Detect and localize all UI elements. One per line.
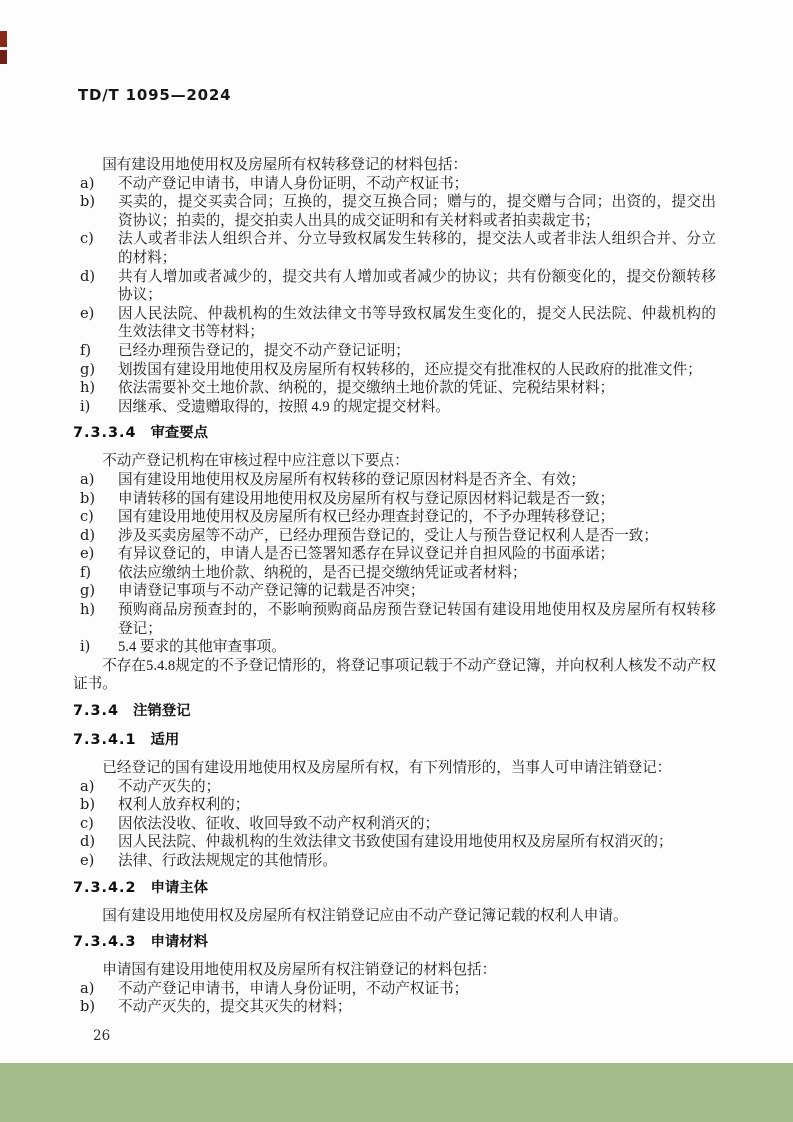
- list-marker: b): [80, 796, 95, 815]
- list-item: a)不动产灭失的；: [73, 778, 716, 797]
- list-item-text: 因人民法院、仲裁机构的生效法律文书等导致权属发生变化的，提交人民法院、仲裁机构的…: [118, 306, 716, 341]
- lettered-list: a)不动产登记申请书，申请人身份证明，不动产权证书；b)不动产灭失的，提交其灭失…: [73, 980, 716, 1017]
- list-marker: g): [80, 582, 95, 601]
- list-item: b)不动产灭失的，提交其灭失的材料；: [73, 998, 716, 1017]
- list-item-text: 因人民法院、仲裁机构的生效法律文书致使国有建设用地使用权及房屋所有权消灭的；: [118, 834, 673, 850]
- list-item: b)买卖的，提交买卖合同；互换的，提交互换合同；赠与的，提交赠与合同；出资的，提…: [73, 193, 716, 230]
- list-marker: d): [80, 833, 95, 852]
- list-item-text: 不动产灭失的，提交其灭失的材料；: [118, 999, 352, 1015]
- section-heading: 7.3.4.1适用: [73, 730, 716, 750]
- list-item-text: 涉及买卖房屋等不动产，已经办理预告登记的，受让人与预告登记权利人是否一致；: [118, 528, 658, 544]
- edge-mark-bottom: [0, 50, 7, 64]
- list-marker: b): [80, 193, 95, 212]
- paragraph: 不存在5.4.8规定的不予登记情形的，将登记事项记载于不动产登记簿，并向权利人核…: [73, 657, 716, 694]
- standard-code-header: TD/T 1095—2024: [78, 86, 231, 104]
- list-item: g)申请登记事项与不动产登记簿的记载是否冲突；: [73, 582, 716, 601]
- section-heading: 7.3.4.3申请材料: [73, 932, 716, 952]
- list-marker: h): [80, 601, 95, 620]
- list-marker: i): [80, 398, 90, 417]
- list-item: f)依法应缴纳土地价款、纳税的，是否已提交缴纳凭证或者材料；: [73, 564, 716, 583]
- list-marker: e): [80, 545, 94, 564]
- list-item: g)划拨国有建设用地使用权及房屋所有权转移的，还应提交有批准权的人民政府的批准文…: [73, 361, 716, 380]
- paragraph: 国有建设用地使用权及房屋所有权转移登记的材料包括：: [73, 156, 716, 175]
- list-item-text: 买卖的，提交买卖合同；互换的，提交互换合同；赠与的，提交赠与合同；出资的，提交出…: [118, 194, 716, 229]
- list-marker: a): [80, 980, 94, 999]
- lettered-list: a)不动产登记申请书，申请人身份证明，不动产权证书；b)买卖的，提交买卖合同；互…: [73, 175, 716, 417]
- list-item-text: 国有建设用地使用权及房屋所有权转移的登记原因材料是否齐全、有效；: [118, 472, 585, 488]
- list-marker: g): [80, 361, 95, 380]
- list-item-text: 划拨国有建设用地使用权及房屋所有权转移的，还应提交有批准权的人民政府的批准文件；: [118, 362, 702, 378]
- section-title: 申请主体: [150, 880, 208, 896]
- list-marker: e): [80, 305, 94, 324]
- list-item: d)共有人增加或者减少的，提交共有人增加或者减少的协议；共有份额变化的，提交份额…: [73, 268, 716, 305]
- list-item: h)依法需要补交土地价款、纳税的，提交缴纳土地价款的凭证、完税结果材料；: [73, 379, 716, 398]
- page-number: 26: [93, 1028, 110, 1044]
- list-item-text: 因继承、受遗赠取得的，按照 4.9 的规定提交材料。: [118, 399, 450, 415]
- list-marker: a): [80, 778, 94, 797]
- list-item-text: 申请转移的国有建设用地使用权及房屋所有权与登记原因材料记载是否一致；: [118, 491, 614, 507]
- list-item-text: 5.4 要求的其他审查事项。: [118, 639, 286, 655]
- section-number: 7.3.4.1: [73, 732, 136, 748]
- section-number: 7.3.4.3: [73, 934, 136, 950]
- list-marker: c): [80, 230, 94, 249]
- list-marker: e): [80, 852, 94, 871]
- list-item: h)预购商品房预查封的，不影响预购商品房预告登记转国有建设用地使用权及房屋所有权…: [73, 601, 716, 638]
- list-item-text: 法律、行政法规规定的其他情形。: [118, 853, 337, 869]
- list-item: a)不动产登记申请书，申请人身份证明，不动产权证书；: [73, 175, 716, 194]
- list-item: e)有异议登记的，申请人是否已签署知悉存在异议登记并自担风险的书面承诺；: [73, 545, 716, 564]
- footer-green-band: [0, 1063, 793, 1122]
- section-number: 7.3.4.2: [73, 880, 136, 896]
- list-item: d)涉及买卖房屋等不动产，已经办理预告登记的，受让人与预告登记权利人是否一致；: [73, 527, 716, 546]
- list-item-text: 共有人增加或者减少的，提交共有人增加或者减少的协议；共有份额变化的，提交份额转移…: [118, 269, 716, 304]
- list-marker: d): [80, 268, 95, 287]
- list-item-text: 权利人放弃权利的；: [118, 797, 249, 813]
- paragraph: 已经登记的国有建设用地使用权及房屋所有权，有下列情形的，当事人可申请注销登记：: [73, 759, 716, 778]
- section-heading: 7.3.4注销登记: [73, 701, 716, 721]
- list-item: e)法律、行政法规规定的其他情形。: [73, 852, 716, 871]
- list-marker: a): [80, 471, 94, 490]
- list-item: d)因人民法院、仲裁机构的生效法律文书致使国有建设用地使用权及房屋所有权消灭的；: [73, 833, 716, 852]
- section-number: 7.3.3.4: [73, 425, 136, 441]
- paragraph: 申请国有建设用地使用权及房屋所有权注销登记的材料包括：: [73, 961, 716, 980]
- list-item: f)已经办理预告登记的，提交不动产登记证明；: [73, 342, 716, 361]
- paragraph: 国有建设用地使用权及房屋所有权注销登记应由不动产登记簿记载的权利人申请。: [73, 907, 716, 926]
- list-marker: a): [80, 175, 94, 194]
- list-item-text: 有异议登记的，申请人是否已签署知悉存在异议登记并自担风险的书面承诺；: [118, 546, 614, 562]
- section-heading: 7.3.3.4审查要点: [73, 423, 716, 443]
- list-item-text: 已经办理预告登记的，提交不动产登记证明；: [118, 343, 410, 359]
- list-item-text: 依法应缴纳土地价款、纳税的，是否已提交缴纳凭证或者材料；: [118, 565, 527, 581]
- list-marker: c): [80, 508, 94, 527]
- paragraph: 不动产登记机构在审核过程中应注意以下要点：: [73, 452, 716, 471]
- section-title: 申请材料: [150, 934, 208, 950]
- list-marker: c): [80, 815, 94, 834]
- edge-mark-top: [0, 31, 7, 47]
- document-body: 国有建设用地使用权及房屋所有权转移登记的材料包括：a)不动产登记申请书，申请人身…: [73, 156, 716, 1017]
- list-marker: h): [80, 379, 95, 398]
- list-item-text: 依法需要补交土地价款、纳税的，提交缴纳土地价款的凭证、完税结果材料；: [118, 380, 614, 396]
- list-item: c)法人或者非法人组织合并、分立导致权属发生转移的，提交法人或者非法人组织合并、…: [73, 230, 716, 267]
- list-item-text: 因依法没收、征收、收回导致不动产权利消灭的；: [118, 816, 439, 832]
- section-title: 适用: [150, 732, 179, 748]
- section-title: 注销登记: [133, 703, 191, 719]
- section-heading: 7.3.4.2申请主体: [73, 878, 716, 898]
- list-marker: b): [80, 490, 95, 509]
- list-item: i)5.4 要求的其他审查事项。: [73, 638, 716, 657]
- list-item-text: 法人或者非法人组织合并、分立导致权属发生转移的，提交法人或者非法人组织合并、分立…: [118, 231, 716, 266]
- list-item-text: 不动产登记申请书，申请人身份证明，不动产权证书；: [118, 176, 468, 192]
- list-item: a)国有建设用地使用权及房屋所有权转移的登记原因材料是否齐全、有效；: [73, 471, 716, 490]
- lettered-list: a)国有建设用地使用权及房屋所有权转移的登记原因材料是否齐全、有效；b)申请转移…: [73, 471, 716, 657]
- list-item-text: 不动产登记申请书，申请人身份证明，不动产权证书；: [118, 981, 468, 997]
- list-item-text: 国有建设用地使用权及房屋所有权已经办理查封登记的，不予办理转移登记；: [118, 509, 614, 525]
- list-item: b)权利人放弃权利的；: [73, 796, 716, 815]
- list-item: a)不动产登记申请书，申请人身份证明，不动产权证书；: [73, 980, 716, 999]
- list-item: e)因人民法院、仲裁机构的生效法律文书等导致权属发生变化的，提交人民法院、仲裁机…: [73, 305, 716, 342]
- list-marker: i): [80, 638, 90, 657]
- list-item-text: 预购商品房预查封的，不影响预购商品房预告登记转国有建设用地使用权及房屋所有权转移…: [118, 602, 716, 637]
- list-item-text: 申请登记事项与不动产登记簿的记载是否冲突；: [118, 583, 424, 599]
- section-number: 7.3.4: [73, 703, 119, 719]
- list-marker: b): [80, 998, 95, 1017]
- list-item: b)申请转移的国有建设用地使用权及房屋所有权与登记原因材料记载是否一致；: [73, 490, 716, 509]
- list-item-text: 不动产灭失的；: [118, 779, 220, 795]
- lettered-list: a)不动产灭失的；b)权利人放弃权利的；c)因依法没收、征收、收回导致不动产权利…: [73, 778, 716, 871]
- list-item: c)国有建设用地使用权及房屋所有权已经办理查封登记的，不予办理转移登记；: [73, 508, 716, 527]
- list-marker: f): [80, 342, 91, 361]
- document-page: TD/T 1095—2024 国有建设用地使用权及房屋所有权转移登记的材料包括：…: [0, 0, 793, 1122]
- section-title: 审查要点: [150, 425, 208, 441]
- list-item: i)因继承、受遗赠取得的，按照 4.9 的规定提交材料。: [73, 398, 716, 417]
- list-marker: f): [80, 564, 91, 583]
- list-item: c)因依法没收、征收、收回导致不动产权利消灭的；: [73, 815, 716, 834]
- list-marker: d): [80, 527, 95, 546]
